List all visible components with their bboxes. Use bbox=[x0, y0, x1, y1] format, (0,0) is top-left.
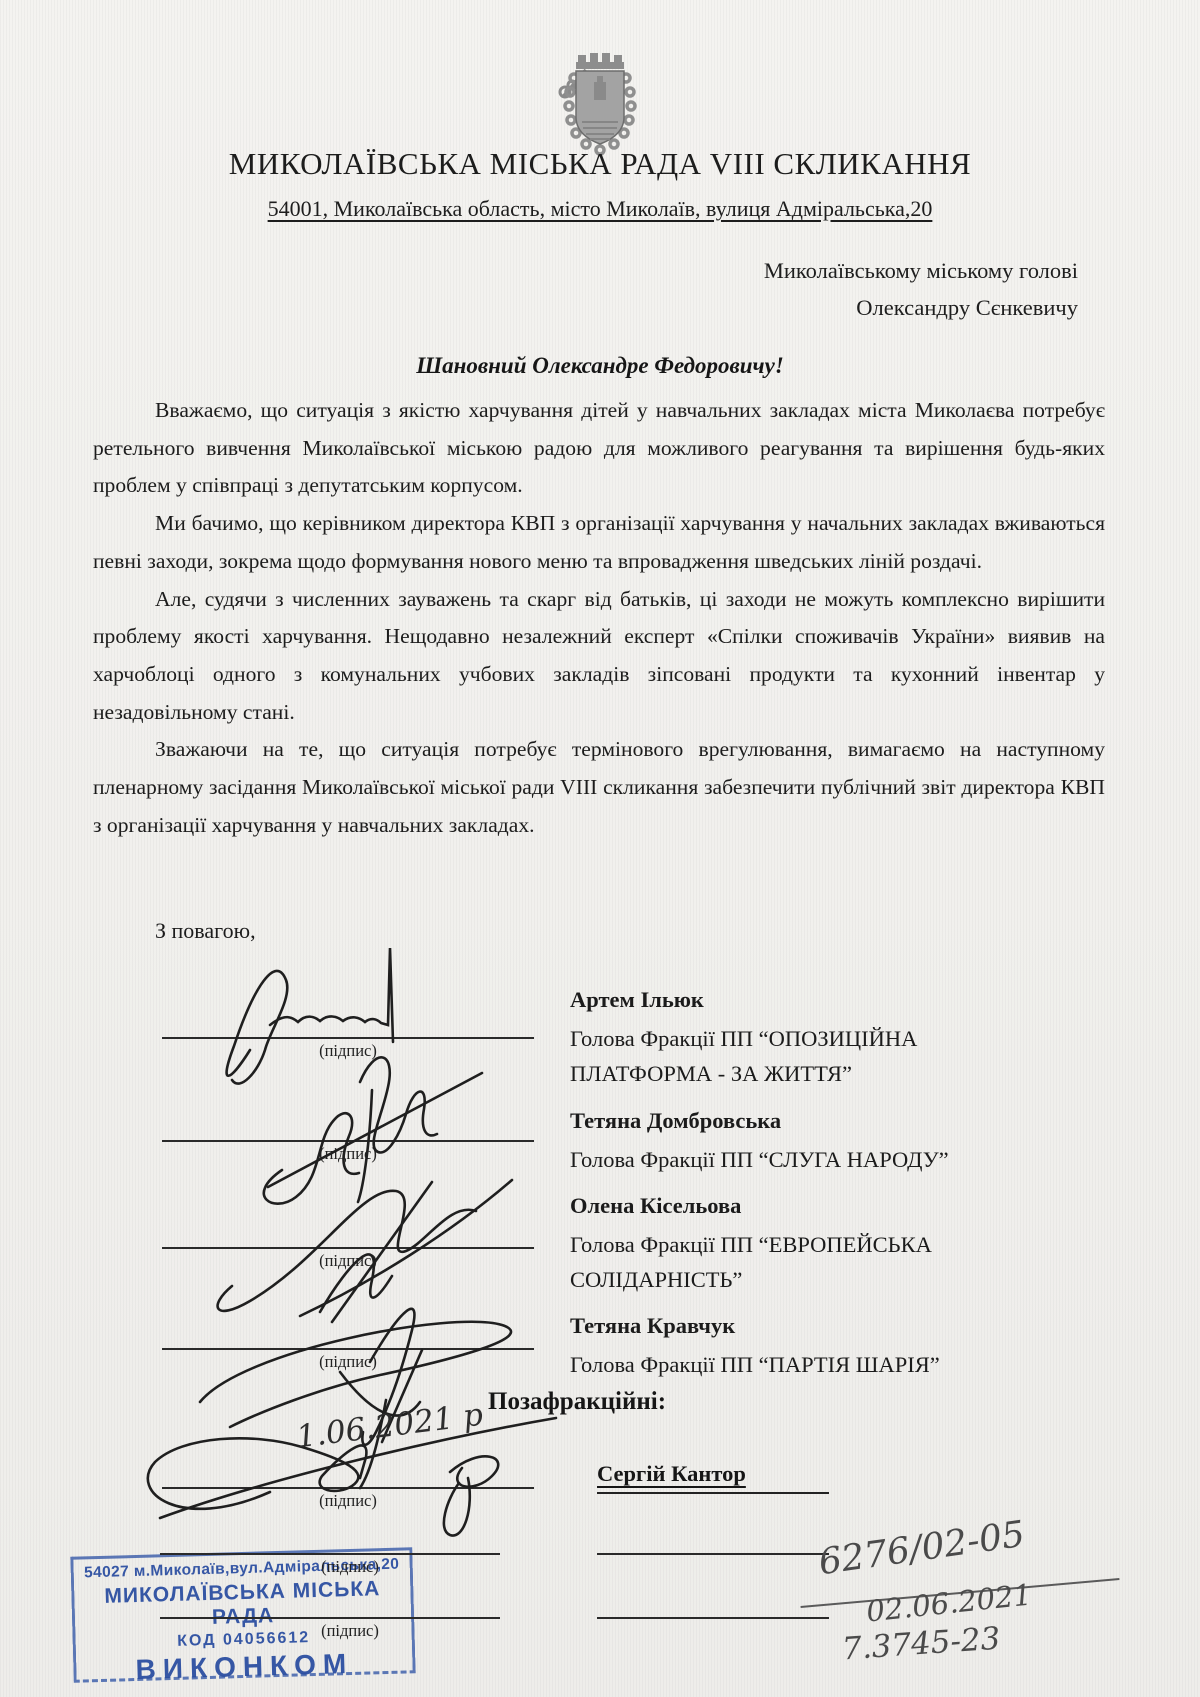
signature-line-empty-left-1 bbox=[160, 1553, 500, 1555]
handwritten-note: 7.3745-23 bbox=[841, 1621, 1002, 1668]
recipient-block: Миколаївському міському голові Олександр… bbox=[518, 252, 1078, 326]
stamp-vykonkom: ВИКОНКОМ bbox=[76, 1646, 413, 1687]
signature-line-empty-left-2 bbox=[160, 1617, 500, 1619]
handwritten-registration-date: 02.06.2021 bbox=[865, 1577, 1034, 1628]
signature-ink-2 bbox=[264, 1057, 482, 1203]
letter-body: Вважаємо, що ситуація з якістю харчуванн… bbox=[93, 392, 1105, 844]
signatory-kiselova: Олена Кісельова Голова Фракції ПП “ЕВРОП… bbox=[570, 1188, 1010, 1297]
handwritten-registration-number: 6276/02-05 bbox=[816, 1514, 1027, 1583]
signatory-dombrovska: Тетяна Домбровська Голова Фракції ПП “СЛ… bbox=[570, 1103, 1010, 1177]
signatory-name: Тетяна Домбровська bbox=[570, 1103, 1010, 1138]
signatory-kravchuk: Тетяна Кравчук Голова Фракції ПП “ПАРТІЯ… bbox=[570, 1308, 1010, 1382]
non-faction-name: Сергій Кантор bbox=[597, 1461, 829, 1494]
signature-caption-empty-2: (підпис) bbox=[270, 1621, 430, 1641]
paragraph-1: Вважаємо, що ситуація з якістю харчуванн… bbox=[93, 392, 1105, 505]
recipient-line-1: Миколаївському міському голові bbox=[518, 252, 1078, 289]
signatory-title: Голова Фракції ПП “ПАРТІЯ ШАРІЯ” bbox=[570, 1347, 1010, 1382]
signature-line-empty-right-2 bbox=[597, 1617, 829, 1619]
signatory-name: Тетяна Кравчук bbox=[570, 1308, 1010, 1343]
paragraph-3: Але, судячи з численних зауважень та ска… bbox=[93, 581, 1105, 732]
signatory-name: Олена Кісельова bbox=[570, 1188, 1010, 1223]
salutation: Шановний Олександре Федоровичу! bbox=[0, 353, 1200, 379]
org-address: 54001, Миколаївська область, місто Микол… bbox=[0, 196, 1200, 222]
coat-of-arms-icon bbox=[556, 52, 644, 158]
signature-ink-1 bbox=[227, 948, 393, 1084]
signature-ink-3 bbox=[218, 1180, 512, 1322]
org-title: МИКОЛАЇВСЬКА МІСЬКА РАДА VIII СКЛИКАННЯ bbox=[0, 146, 1200, 182]
signature-line-empty-right-1 bbox=[597, 1553, 829, 1555]
signatory-title: Голова Фракції ПП “СЛУГА НАРОДУ” bbox=[570, 1142, 1010, 1177]
signatory-title: Голова Фракції ПП “ОПОЗИЦІЙНА ПЛАТФОРМА … bbox=[570, 1021, 950, 1091]
recipient-line-2: Олександру Сєнкевичу bbox=[518, 289, 1078, 326]
handwritten-signatures bbox=[120, 930, 600, 1550]
signatory-title: Голова Фракції ПП “ЕВРОПЕЙСЬКА СОЛІДАРНІ… bbox=[570, 1227, 950, 1297]
signatory-ilyuk: Артем Ільюк Голова Фракції ПП “ОПОЗИЦІЙН… bbox=[570, 982, 1010, 1091]
signatory-name: Артем Ільюк bbox=[570, 982, 1010, 1017]
signature-caption-empty-1: (підпис) bbox=[270, 1557, 430, 1577]
paragraph-4: Зважаючи на те, що ситуація потребує тер… bbox=[93, 731, 1105, 844]
paragraph-2: Ми бачимо, що керівником директора КВП з… bbox=[93, 505, 1105, 580]
scanned-letter-page: МИКОЛАЇВСЬКА МІСЬКА РАДА VIII СКЛИКАННЯ … bbox=[0, 0, 1200, 1697]
